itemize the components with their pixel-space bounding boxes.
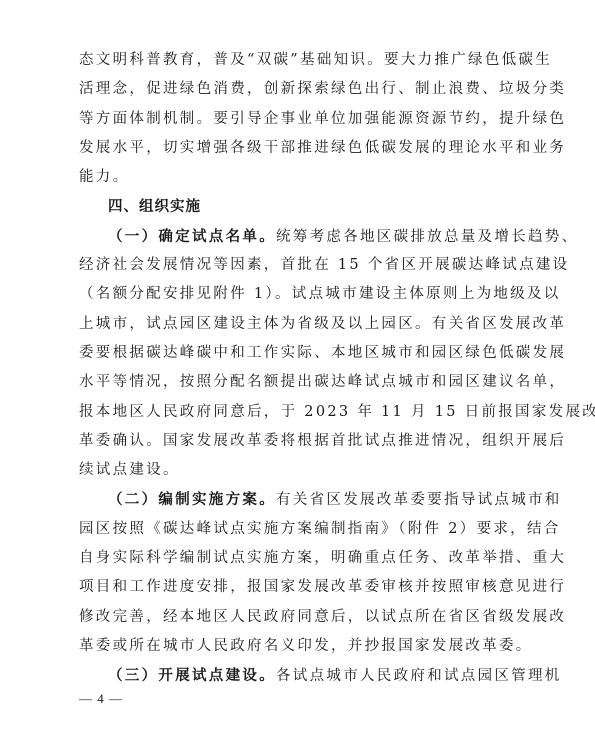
text-line: 水平等情况，按照分配名额提出碳达峰试点城市和园区建议名单，	[79, 368, 512, 397]
item2-text: 有关省区发展改革委要指导试点城市和	[276, 492, 562, 508]
text-line: 革委确认。国家发展改革委将根据首批试点推进情况，组织开展后	[79, 427, 512, 456]
text-line: 经济社会发展情况等因素，首批在 15 个省区开展碳达峰试点建设	[79, 251, 512, 280]
item3-text: 各试点城市人民政府和试点园区管理机	[276, 668, 562, 684]
text-line: 能力。	[79, 163, 512, 192]
text-line: （名额分配安排见附件 1）。试点城市建设主体原则上为地级及以	[79, 280, 512, 309]
text-line: 报本地区人民政府同意后，于 2023 年 11 月 15 日前报国家发展改	[79, 398, 512, 427]
text-line: 等方面体制机制。要引导企事业单位加强能源资源节约，提升绿色	[79, 105, 512, 134]
text-line: 项目和工作进度安排，报国家发展改革委审核并按照审核意见进行	[79, 573, 512, 602]
text-line: 态文明科普教育，普及“双碳”基础知识。要大力推广绿色低碳生	[79, 46, 512, 75]
item2-title: （二）编制实施方案。	[108, 491, 276, 508]
item3-first-line: （三）开展试点建设。各试点城市人民政府和试点园区管理机	[79, 661, 512, 690]
section-heading: 四、组织实施	[79, 192, 512, 221]
text-line: 上城市，试点园区建设主体为省级及以上园区。有关省区发展改革	[79, 310, 512, 339]
text-line: 委要根据碳达峰碳中和工作实际、本地区城市和园区绿色低碳发展	[79, 339, 512, 368]
item1-text: 统筹考虑各地区碳排放总量及增长趋势、	[276, 229, 578, 245]
text-line: 园区按照《碳达峰试点实施方案编制指南》（附件 2）要求，结合	[79, 515, 512, 544]
text-line: 活理念，促进绿色消费，创新探索绿色出行、制止浪费、垃圾分类	[79, 75, 512, 104]
item3-title: （三）开展试点建设。	[108, 667, 276, 684]
text-line: 自身实际科学编制试点实施方案，明确重点任务、改革举措、重大	[79, 544, 512, 573]
text-line: 续试点建设。	[79, 456, 512, 485]
text-line: 革委或所在城市人民政府名义印发，并抄报国家发展改革委。	[79, 632, 512, 661]
text-line: 发展水平，切实增强各级干部推进绿色低碳发展的理论水平和业务	[79, 134, 512, 163]
page-number: — 4 —	[79, 691, 123, 707]
document-page: 态文明科普教育，普及“双碳”基础知识。要大力推广绿色低碳生 活理念，促进绿色消费…	[79, 46, 512, 691]
item2-first-line: （二）编制实施方案。有关省区发展改革委要指导试点城市和	[79, 485, 512, 514]
item1-first-line: （一）确定试点名单。统筹考虑各地区碳排放总量及增长趋势、	[79, 222, 512, 251]
text-line: 修改完善，经本地区人民政府同意后，以试点所在省区省级发展改	[79, 603, 512, 632]
item1-title: （一）确定试点名单。	[108, 228, 276, 245]
